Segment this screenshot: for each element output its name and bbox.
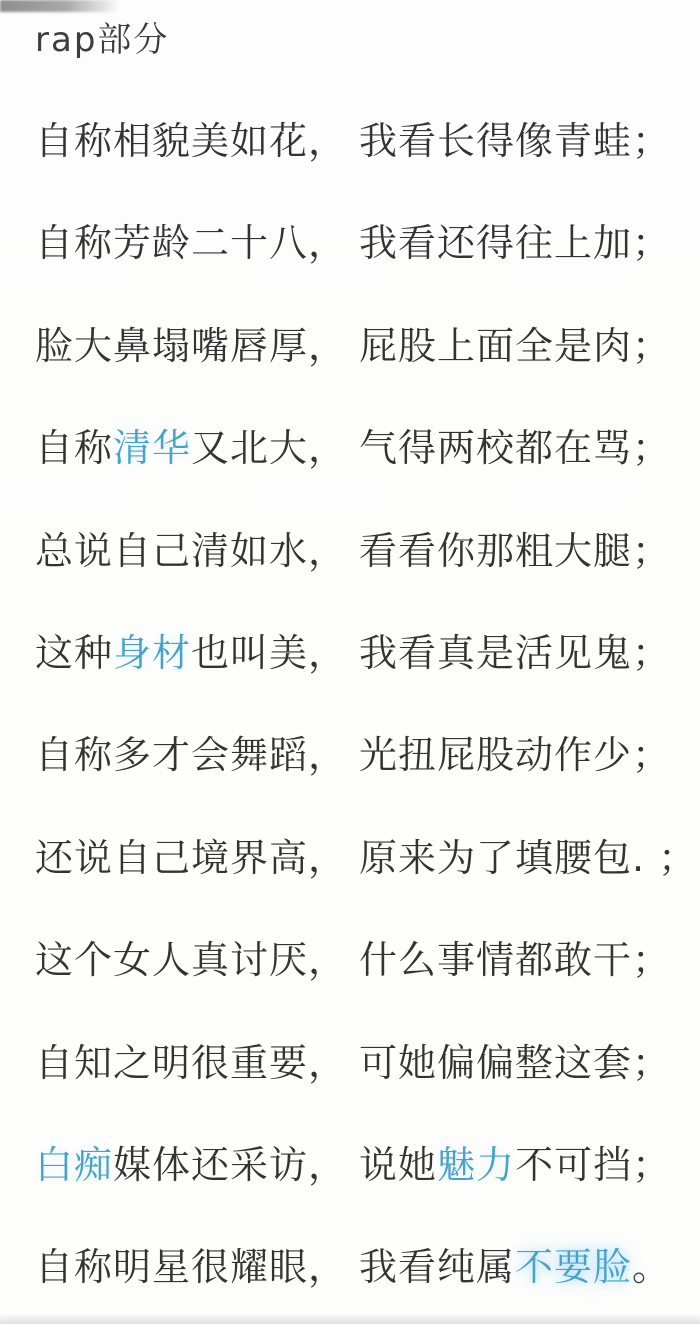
lyric-left-half: 还说自己境界高， (35, 837, 347, 881)
lyric-text: 看看你那粗大腿； (359, 529, 671, 573)
lyric-left-half: 这个女人真讨厌， (35, 939, 347, 983)
lyric-right-half: 屁股上面全是肉； (359, 325, 671, 369)
lyric-right-half: 光扭屁股动作少； (359, 734, 671, 778)
lyric-right-half: 气得两校都在骂； (359, 427, 671, 471)
lyric-line: 自称相貌美如花，我看长得像青蛙； (35, 120, 671, 164)
top-edge-artifact (0, 0, 120, 12)
lyric-left-half: 自称明星很耀眼， (35, 1246, 347, 1290)
lyric-left-half: 自称芳龄二十八， (35, 222, 347, 266)
lyric-line: 总说自己清如水，看看你那粗大腿； (35, 530, 671, 574)
lyric-line: 这个女人真讨厌，什么事情都敢干； (35, 939, 671, 983)
lyric-text: 自称 (35, 426, 113, 470)
lyric-line: 脸大鼻塌嘴唇厚，屁股上面全是肉； (35, 325, 671, 369)
lyric-left-half: 总说自己清如水， (35, 530, 347, 574)
lyric-line: 白痴媒体还采访，说她魅力不可挡； (35, 1144, 671, 1188)
lyric-right-half: 我看纯属不要脸。 (359, 1246, 671, 1290)
lyric-text: 也叫美， (191, 631, 347, 675)
lyric-left-half: 自称清华又北大， (35, 427, 347, 471)
lyric-right-half: 看看你那粗大腿； (359, 530, 671, 574)
page-title: rap部分 (35, 22, 169, 59)
lyric-right-half: 可她偏偏整这套； (359, 1042, 671, 1086)
lyric-highlight-link[interactable]: 清华 (113, 426, 191, 470)
lyric-highlight-link[interactable]: 身材 (113, 631, 191, 675)
lyric-text: 自知之明很重要， (35, 1041, 347, 1085)
lyric-text: 什么事情都敢干； (359, 938, 671, 982)
lyric-text: 气得两校都在骂； (359, 426, 671, 470)
lyric-left-half: 白痴媒体还采访， (35, 1144, 347, 1188)
bottom-edge-artifact (0, 1315, 700, 1324)
lyric-text: 可她偏偏整这套； (359, 1041, 671, 1085)
lyric-text: 我看长得像青蛙； (359, 119, 671, 163)
lyric-right-half: 我看真是活见鬼； (359, 632, 671, 676)
lyric-text: 还说自己境界高， (35, 836, 347, 880)
lyric-text: 原来为了填腰包. ； (359, 836, 697, 880)
lyric-text: 自称相貌美如花， (35, 119, 347, 163)
lyric-right-half: 我看还得往上加； (359, 222, 671, 266)
lyric-text: 自称芳龄二十八， (35, 221, 347, 265)
lyric-left-half: 自称多才会舞蹈， (35, 734, 347, 778)
lyric-text: 自称明星很耀眼， (35, 1245, 347, 1289)
lyric-text: 脸大鼻塌嘴唇厚， (35, 324, 347, 368)
lyric-text: 又北大， (191, 426, 347, 470)
lyric-right-half: 什么事情都敢干； (359, 939, 671, 983)
lyric-left-half: 自知之明很重要， (35, 1042, 347, 1086)
lyric-right-half: 我看长得像青蛙； (359, 120, 671, 164)
lyric-text: 我看真是活见鬼； (359, 631, 671, 675)
lyric-right-half: 说她魅力不可挡； (359, 1144, 671, 1188)
lyric-text: 自称多才会舞蹈， (35, 733, 347, 777)
lyric-line: 自称清华又北大，气得两校都在骂； (35, 427, 671, 471)
lyric-line: 自称多才会舞蹈，光扭屁股动作少； (35, 734, 671, 778)
lyric-line: 自称明星很耀眼，我看纯属不要脸。 (35, 1246, 671, 1290)
lyric-text: 光扭屁股动作少； (359, 733, 671, 777)
lyric-text: 总说自己清如水， (35, 529, 347, 573)
lyric-text: 这个女人真讨厌， (35, 938, 347, 982)
lyric-text: 屁股上面全是肉； (359, 324, 671, 368)
lyric-text: 。 (632, 1245, 671, 1289)
lyric-text: 我看还得往上加； (359, 221, 671, 265)
lyric-text: 说她 (359, 1143, 437, 1187)
lyric-left-half: 脸大鼻塌嘴唇厚， (35, 325, 347, 369)
lyric-line: 自知之明很重要，可她偏偏整这套； (35, 1042, 671, 1086)
lyric-line: 自称芳龄二十八，我看还得往上加； (35, 222, 671, 266)
lyric-highlight-link[interactable]: 白痴 (35, 1143, 113, 1187)
lyric-left-half: 自称相貌美如花， (35, 120, 347, 164)
lyric-text: 媒体还采访， (113, 1143, 347, 1187)
lyric-line: 还说自己境界高，原来为了填腰包. ； (35, 837, 697, 881)
lyric-highlight-link[interactable]: 魅力 (437, 1143, 515, 1187)
lyric-left-half: 这种身材也叫美， (35, 632, 347, 676)
lyric-text: 不可挡； (515, 1143, 671, 1187)
lyric-line: 这种身材也叫美，我看真是活见鬼； (35, 632, 671, 676)
lyric-highlight-link[interactable]: 不要脸 (515, 1245, 632, 1289)
lyric-right-half: 原来为了填腰包. ； (359, 837, 697, 881)
lyrics-page: rap部分 自称相貌美如花，我看长得像青蛙；自称芳龄二十八，我看还得往上加；脸大… (0, 0, 700, 1324)
lyric-text: 这种 (35, 631, 113, 675)
lyric-text: 我看纯属 (359, 1245, 515, 1289)
